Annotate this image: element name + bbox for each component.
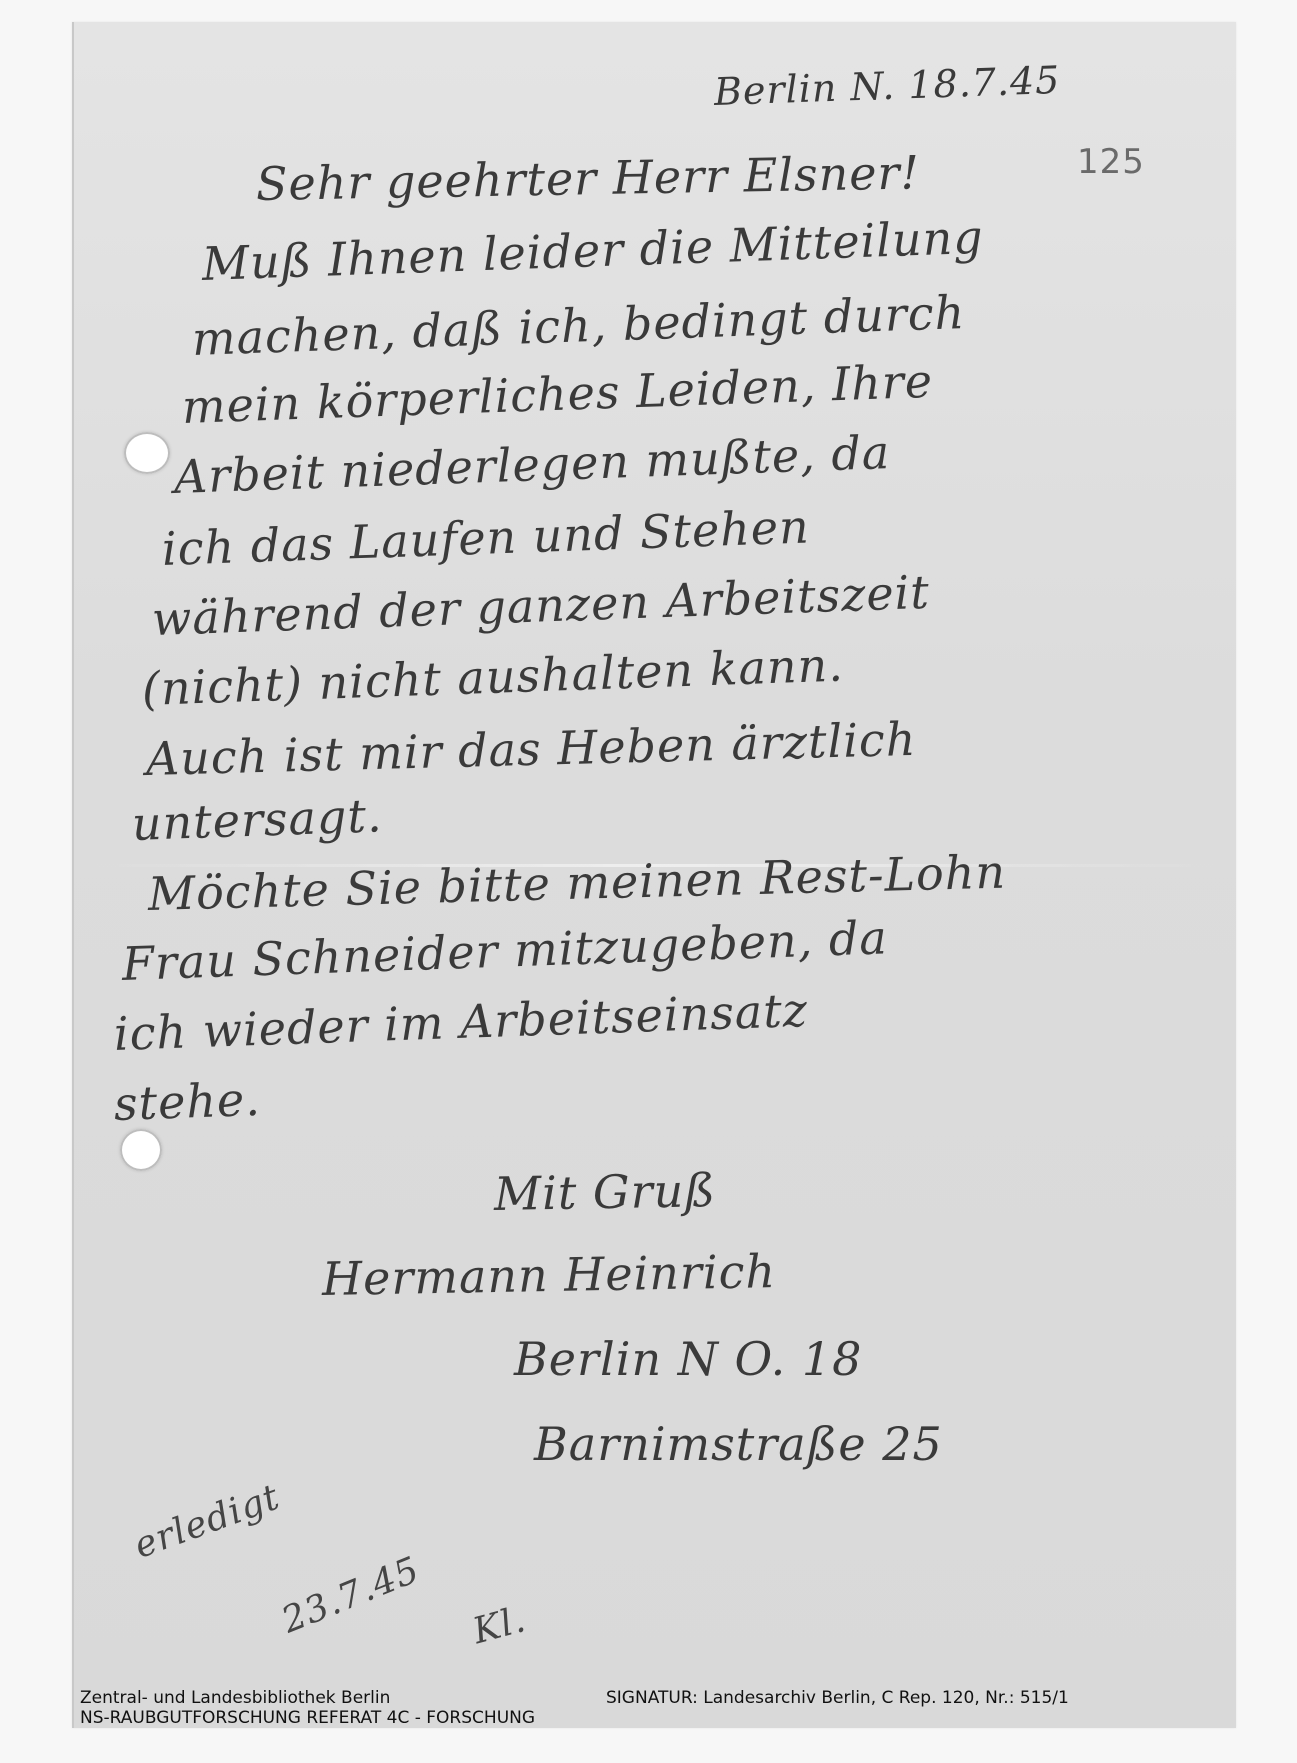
body-line-11: Frau Schneider mitzugeben, da [121,910,888,991]
folio-number: 125 [1077,142,1145,182]
body-line-7: (nicht) nicht aushalten kann. [141,638,845,716]
footer-signatur: SIGNATUR: Landesarchiv Berlin, C Rep. 12… [606,1688,1069,1708]
body-line-10: Möchte Sie bitte meinen Rest-Lohn [147,845,1006,921]
footer-department: NS-RAUBGUTFORSCHUNG REFERAT 4C - FORSCHU… [80,1708,535,1728]
punch-hole-bottom [120,1129,162,1171]
footer-institution: Zentral- und Landesbibliothek Berlin [80,1688,606,1708]
body-line-6: während der ganzen Arbeitszeit [151,565,931,646]
punch-hole-top [124,432,170,474]
closing: Mit Gruß [494,1163,717,1221]
letter-sheet: Berlin N. 18.7.45 125 Sehr geehrter Herr… [72,22,1236,1728]
annotation-date: 23.7.45 [276,1549,425,1641]
date-line: Berlin N. 18.7.45 [713,58,1061,114]
body-line-13: stehe. [113,1072,262,1131]
archive-footer: Zentral- und Landesbibliothek Berlin SIG… [80,1688,1069,1728]
address-line-2: Barnimstraße 25 [534,1417,943,1471]
body-line-12: ich wieder im Arbeitseinsatz [113,983,809,1061]
body-line-9: untersagt. [131,788,383,851]
body-line-2: machen, daß ich, bedingt durch [191,285,966,366]
body-line-8: Auch ist mir das Heben ärztlich [145,712,917,786]
address-line-1: Berlin N O. 18 [514,1332,862,1386]
body-line-5: ich das Laufen und Stehen [161,499,810,576]
body-line-1: Muß Ihnen leider die Mitteilung [201,210,984,291]
annotation-erledigt: erledigt [129,1476,285,1566]
body-line-3: mein körperliches Leiden, Ihre [181,354,934,434]
body-line-4: Arbeit niederlegen mußte, da [173,425,891,504]
salutation: Sehr geehrter Herr Elsner! [256,145,921,211]
annotation-initials: Kl. [469,1599,531,1652]
signature: Hermann Heinrich [322,1244,777,1306]
